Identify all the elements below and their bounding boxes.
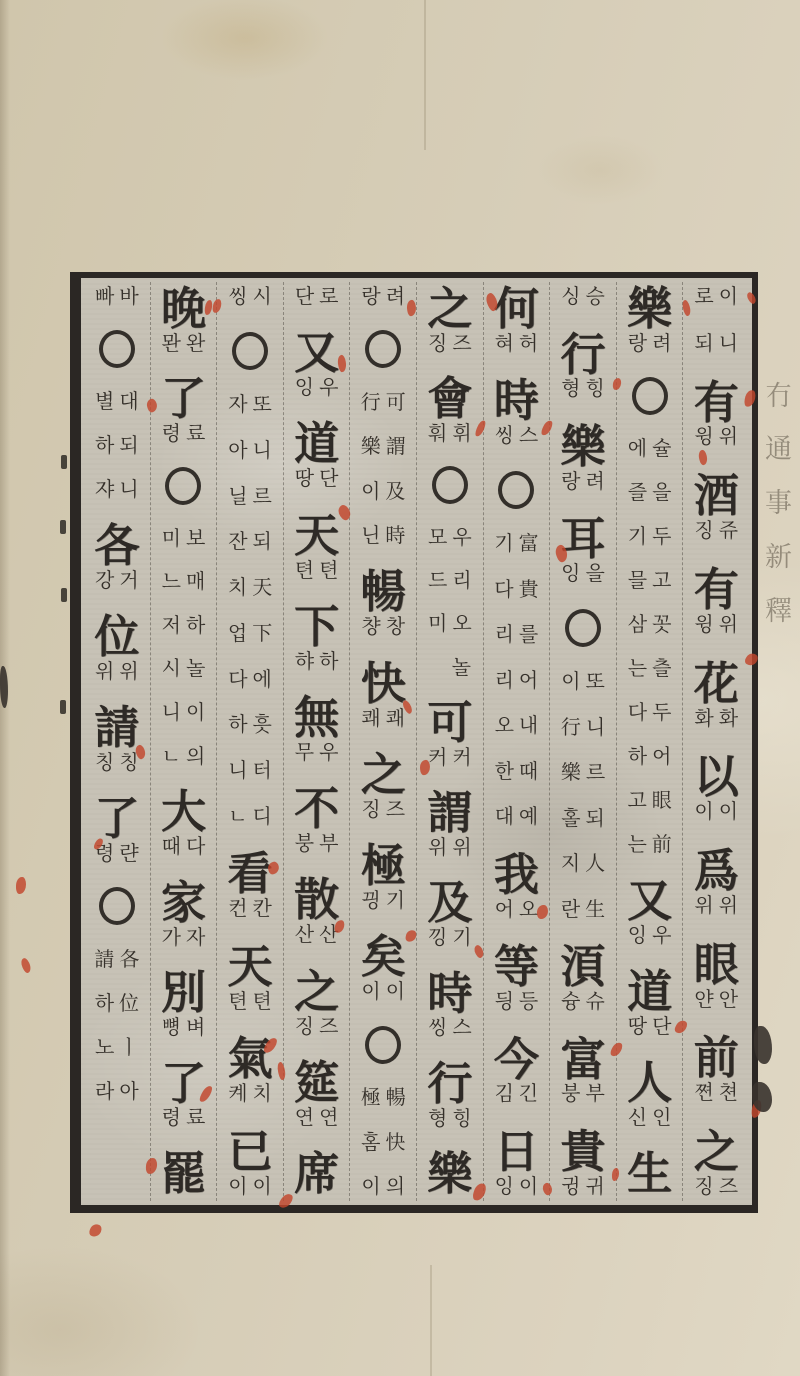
gloss-char: 는 (628, 658, 647, 679)
hanja-char: 了 (161, 1061, 206, 1107)
hanja-char: 快 (361, 661, 406, 707)
hanja-unit: 謂위위 (427, 790, 472, 858)
gloss-char: 되 (586, 808, 605, 829)
gloss-pair: 쟈니 (95, 479, 139, 500)
gloss-char: 료 (186, 1107, 205, 1128)
gloss-char: 삼 (628, 614, 647, 635)
gloss-char: 위 (95, 661, 114, 682)
frame-tick (61, 455, 67, 469)
hanja-unit: 之징즈 (694, 1129, 739, 1197)
gloss-pair: 별대 (95, 391, 139, 412)
hanja-unit: 散산산 (294, 877, 339, 945)
hanja-char: 大 (161, 789, 206, 835)
hanja-unit: 以이이 (694, 754, 739, 822)
hanja-unit: 生 (627, 1151, 672, 1197)
gloss-pair: 텬텬 (295, 560, 339, 581)
gloss-char: 로 (694, 286, 713, 307)
gloss-char: 하 (186, 615, 205, 636)
gloss-pair: 징즈 (361, 799, 405, 820)
gloss-char: 기 (386, 890, 405, 911)
gloss-char: 징 (361, 799, 380, 820)
gloss-pair: 자또 (228, 394, 272, 415)
gloss-pair: 랑려 (628, 333, 672, 354)
gloss-char: 령 (95, 843, 114, 864)
gloss-char: 이 (561, 671, 580, 692)
gloss-char: 樂 (361, 436, 381, 457)
text-column: 단로又잉우道땅단天텬텬下햐하無무우不붕부散산산之징즈筵연연席 (283, 282, 350, 1201)
gloss-char: 우 (652, 925, 671, 946)
hanja-char: 會 (427, 376, 472, 422)
hanja-char: 晚 (161, 286, 206, 332)
hanja-unit: 矣이이 (361, 934, 406, 1002)
gloss-pair: 쾌쾌 (361, 708, 405, 729)
gloss-pair: 징즈 (428, 333, 472, 354)
gloss-pair: 行可 (361, 392, 406, 413)
hanja-unit: 不붕부 (294, 786, 339, 854)
gloss-char: 고 (652, 570, 671, 591)
hanja-unit: 之징즈 (294, 969, 339, 1037)
gloss-pair: 형힝 (561, 378, 605, 399)
hanja-unit: 時씽스 (427, 971, 472, 1039)
gloss-pair: 이또 (561, 671, 605, 692)
gloss-char: 단 (295, 286, 314, 307)
hanja-char: 富 (561, 1037, 606, 1083)
red-reading-mark (88, 1222, 103, 1238)
gloss-char: 기 (452, 927, 471, 948)
gloss-pair: ㄴ디 (228, 806, 272, 827)
gloss-char: 즈 (386, 799, 405, 820)
gloss-char: 단 (652, 1016, 671, 1037)
hanja-unit: 已이이 (228, 1129, 273, 1197)
hanja-unit: 極끵기 (361, 843, 406, 911)
gloss-char: 暢 (386, 1087, 406, 1108)
gloss-char: 이 (386, 981, 405, 1002)
gloss-pair: 리를 (495, 624, 539, 645)
gloss-pair: 樂르 (561, 762, 605, 783)
gloss-char: 아 (119, 1081, 138, 1102)
gloss-char: 가 (162, 927, 181, 948)
hanja-char: 天 (228, 944, 273, 990)
gloss-char: 터 (253, 760, 272, 781)
hanja-unit: 爲위위 (694, 848, 739, 916)
hanja-unit: 罷 (161, 1151, 206, 1197)
gloss-char: 고 (627, 790, 646, 811)
gloss-char: 어 (652, 746, 671, 767)
hanja-unit: 及낑기 (427, 880, 472, 948)
gloss-char: 오 (452, 613, 471, 634)
gloss-char: 칭 (119, 752, 138, 773)
gloss-char: 쪈 (694, 1082, 713, 1103)
gloss-char: 귀 (586, 1176, 605, 1197)
gloss-char: 위 (452, 837, 471, 858)
gloss-pair: 혀허 (495, 333, 539, 354)
gloss-char: 各 (119, 949, 139, 970)
hanja-unit: 酒징쥬 (694, 473, 739, 541)
hanja-unit: 眼얀안 (694, 942, 739, 1010)
gloss-pair: 란生 (561, 899, 605, 920)
hanja-unit: 時씽스 (494, 378, 539, 446)
hanja-unit: 了령료 (161, 376, 206, 444)
gloss-char: 잉 (561, 563, 580, 584)
hanja-char: 矣 (361, 934, 406, 980)
gloss-pair: 모우 (428, 527, 472, 548)
gloss-char: 어 (519, 670, 538, 691)
gloss-char: 이 (253, 1176, 272, 1197)
gloss-char: 노 (95, 1037, 114, 1058)
gloss-char: 령 (162, 1107, 181, 1128)
gloss-char: 허 (519, 333, 538, 354)
gloss-char: 꼿 (652, 614, 671, 635)
gloss-char: 위 (694, 895, 713, 916)
gloss-char: 잉 (495, 1176, 514, 1197)
gloss-char: 저 (162, 615, 181, 636)
gloss-char: 징 (295, 1016, 314, 1037)
hanja-char: 樂 (427, 1151, 472, 1197)
gloss-char: 붕 (295, 833, 314, 854)
gloss-pair: 햐하 (295, 651, 339, 672)
hanja-char: 了 (94, 796, 139, 842)
gloss-pair: 홈快 (361, 1132, 405, 1153)
gloss-char: 한 (495, 761, 514, 782)
hanja-char: 耳 (561, 516, 606, 562)
gloss-char: 可 (386, 392, 406, 413)
hanja-unit: 暢챵창 (361, 569, 406, 637)
gloss-char: 창 (386, 616, 405, 637)
print-frame: 로이되니有윙위酒징쥬有윙위花화화以이이爲위위眼얀안前쪈쳔之징즈樂랑려에슐즐을기두… (70, 272, 758, 1213)
gloss-char: 부 (586, 1083, 605, 1104)
gloss-pair: 슝슈 (561, 991, 605, 1012)
gloss-pair: 하흣 (228, 714, 272, 735)
gloss-char: 또 (586, 671, 605, 692)
gloss-char: 니 (162, 702, 181, 723)
gloss-char: 챵 (361, 616, 380, 637)
hanja-unit: 無무우 (294, 695, 339, 763)
gloss-char: 느 (162, 571, 181, 592)
gloss-char: 텬 (319, 560, 338, 581)
gloss-char: 에 (253, 669, 272, 690)
hanja-char: 樂 (627, 286, 672, 332)
gloss-char: 붕 (561, 1083, 580, 1104)
hanja-unit: 道땅단 (627, 969, 672, 1037)
gloss-pair: 기富 (494, 533, 538, 554)
hanja-unit: 樂랑려 (627, 286, 672, 354)
gloss-pair: 되니 (694, 333, 738, 354)
gloss-char: 貴 (519, 579, 539, 600)
hanja-unit: 耳잉을 (561, 516, 606, 584)
gloss-char: 우 (452, 527, 471, 548)
gloss-pair: 위위 (95, 661, 139, 682)
hanja-char: 席 (294, 1151, 339, 1197)
hanja-char: 行 (427, 1061, 472, 1107)
gloss-char: 이 (519, 1176, 538, 1197)
gloss-char: 벼 (186, 1017, 205, 1038)
gloss-char: 보 (186, 528, 205, 549)
gloss-pair: 싱승 (561, 286, 605, 307)
gloss-pair: 령료 (162, 423, 206, 444)
hanja-char: 等 (494, 944, 539, 990)
hanja-unit: 氣켸치 (228, 1036, 273, 1104)
gloss-char: 니 (119, 479, 138, 500)
hanja-char: 我 (494, 852, 539, 898)
hanja-unit: 天텬텬 (294, 513, 339, 581)
gloss-pair: 믈고 (628, 570, 672, 591)
gloss-char: 디 (253, 806, 272, 827)
hanja-unit: 了령료 (161, 1061, 206, 1129)
gloss-pair: 씽스 (495, 425, 539, 446)
gloss-char: 이 (361, 1176, 380, 1197)
gloss-char: 뼝 (162, 1017, 181, 1038)
gloss-pair: 놀 (429, 657, 471, 678)
gloss-char: 行 (561, 717, 581, 738)
gloss-pair: 징쥬 (694, 520, 738, 541)
gloss-char: 위 (428, 837, 447, 858)
gloss-pair: ㄴ의 (162, 746, 206, 767)
gloss-pair: 딍등 (495, 991, 539, 1012)
gloss-pair: 랑려 (561, 471, 605, 492)
gloss-char: 거 (119, 570, 138, 591)
gloss-char: 즈 (319, 1016, 338, 1037)
gloss-pair: 는前 (627, 834, 671, 855)
gloss-char: 랸 (119, 843, 138, 864)
gloss-char: 려 (586, 471, 605, 492)
gloss-pair: 형힝 (428, 1108, 472, 1129)
hanja-char: 位 (94, 614, 139, 660)
gloss-char: 르 (253, 486, 272, 507)
gloss-char: 령 (162, 423, 181, 444)
hanja-unit: 快쾌쾌 (361, 661, 406, 729)
hanja-char: 湏 (561, 944, 606, 990)
hanja-unit: 有윙위 (694, 567, 739, 635)
hanja-char: 暢 (361, 569, 406, 615)
gloss-pair: 極暢 (361, 1087, 406, 1108)
hanja-unit: 天텬텬 (228, 944, 273, 1012)
gloss-pair: 붕부 (295, 833, 339, 854)
red-reading-mark (16, 877, 26, 894)
gloss-char: 낑 (428, 927, 447, 948)
gloss-char: ㄴ (228, 806, 247, 827)
gloss-char: 닐 (228, 486, 247, 507)
hanja-unit: 晚뫈완 (161, 286, 206, 354)
hanja-unit: 日잉이 (494, 1129, 539, 1197)
hanja-char: 時 (427, 971, 472, 1017)
gloss-char: 산 (319, 924, 338, 945)
gloss-pair: 치天 (228, 577, 272, 598)
gloss-char: 의 (386, 1176, 405, 1197)
gloss-char: 위 (719, 895, 738, 916)
hanja-char: 無 (294, 695, 339, 741)
hanja-char: 天 (294, 513, 339, 559)
hanja-char: 之 (694, 1129, 739, 1175)
gloss-char: 오 (495, 715, 514, 736)
circle-separator (99, 330, 135, 368)
gloss-char: 딍 (495, 991, 514, 1012)
page-scan: 冇通事新釋 로이되니有윙위酒징쥬有윙위花화화以이이爲위위眼얀안前쪈쳔之징즈樂랑려… (0, 0, 800, 1376)
margin-title-char: 釋 (765, 598, 792, 625)
hanja-char: 行 (561, 332, 606, 378)
gloss-pair: 때다 (162, 836, 206, 857)
gloss-pair: 산산 (295, 924, 339, 945)
gloss-pair: 이이 (228, 1176, 272, 1197)
gloss-char: 니 (228, 760, 247, 781)
hanja-char: 不 (294, 786, 339, 832)
margin-title-char: 冇 (765, 383, 792, 410)
gloss-char: 니 (253, 440, 272, 461)
gloss-pair: 위위 (428, 837, 472, 858)
hanja-char: 何 (494, 286, 539, 332)
gloss-char: 잉 (628, 925, 647, 946)
hanja-char: 之 (294, 969, 339, 1015)
hanja-char: 筵 (294, 1060, 339, 1106)
gloss-char: 징 (694, 520, 713, 541)
hanja-unit: 又잉우 (294, 330, 339, 398)
circle-separator (365, 1026, 401, 1064)
gloss-char: 안 (719, 989, 738, 1010)
gloss-pair: 잉우 (295, 377, 339, 398)
crease-line (424, 0, 426, 150)
gloss-pair: 니이 (162, 702, 206, 723)
gloss-char: 되 (694, 333, 713, 354)
gloss-pair: 신인 (628, 1107, 672, 1128)
hanja-char: 可 (427, 700, 472, 746)
hanja-char: 又 (294, 330, 339, 376)
gloss-char: 樂 (561, 762, 581, 783)
gloss-char: 時 (385, 525, 405, 546)
hanja-unit: 各강거 (94, 523, 139, 591)
hanja-unit: 樂 (427, 1151, 472, 1197)
hanja-unit: 了령랸 (94, 796, 139, 864)
gloss-pair: 라아 (95, 1081, 139, 1102)
gloss-pair: 빠바 (95, 286, 139, 307)
gloss-char: 끵 (361, 890, 380, 911)
hanja-char: 下 (294, 604, 339, 650)
gloss-char: 이 (228, 1176, 247, 1197)
gloss-char: 징 (694, 1176, 713, 1197)
gloss-pair: 화화 (694, 708, 738, 729)
gloss-char: 니 (719, 333, 738, 354)
gloss-pair: 로이 (694, 286, 738, 307)
margin-title-char: 新 (765, 544, 792, 571)
gloss-pair: 텬텬 (228, 991, 272, 1012)
gloss-char: 을 (652, 482, 671, 503)
gloss-pair: 니터 (228, 760, 272, 781)
gloss-pair: 연연 (295, 1107, 339, 1128)
hanja-char: 爲 (694, 848, 739, 894)
gloss-char: 쾌 (361, 708, 380, 729)
gloss-char: 형 (561, 378, 580, 399)
gloss-char: 씽 (428, 1017, 447, 1038)
gloss-pair: 징즈 (295, 1016, 339, 1037)
circle-separator (232, 332, 268, 370)
gloss-char: 랑 (361, 286, 380, 307)
gloss-char: 화 (694, 708, 713, 729)
gloss-char: 하 (228, 714, 247, 735)
gloss-pair: 고眼 (627, 790, 671, 811)
gloss-char: 려 (652, 333, 671, 354)
gloss-char: 아 (228, 440, 247, 461)
gloss-char: 흣 (253, 714, 272, 735)
gloss-pair: 이의 (361, 1176, 405, 1197)
gloss-char: 스 (452, 1017, 471, 1038)
gloss-pair: 노ㅣ (95, 1037, 139, 1058)
hanja-unit: 大때다 (161, 789, 206, 857)
circle-separator (99, 887, 135, 925)
gloss-pair: 씽스 (428, 1017, 472, 1038)
margin-title-char: 通 (765, 436, 792, 463)
gloss-char: 텬 (295, 560, 314, 581)
gloss-char: ㄴ (162, 746, 181, 767)
gloss-char: 닌 (361, 525, 380, 546)
gloss-pair: 닐르 (228, 486, 272, 507)
gloss-pair: 드리 (428, 570, 472, 591)
gloss-pair: 뼝벼 (162, 1017, 206, 1038)
gloss-char: 연 (295, 1107, 314, 1128)
hanja-char: 之 (427, 286, 472, 332)
hanja-unit: 家가자 (161, 880, 206, 948)
text-column: 씽시자또아니닐르잔되치天업下다에하흣니터ㄴ디看컨칸天텬텬氣켸치已이이 (216, 282, 283, 1201)
gloss-pair: 커커 (428, 747, 472, 768)
gloss-char: 훠 (428, 423, 447, 444)
gloss-pair: 홀되 (561, 808, 605, 829)
gloss-pair: 行니 (561, 717, 605, 738)
gloss-pair: 다貴 (494, 579, 538, 600)
gloss-char: 잉 (295, 377, 314, 398)
gloss-pair: 지人 (561, 853, 605, 874)
text-column: 빠바별대하되쟈니各강거位위위請칭칭了령랸請各하位노ㅣ라아 (84, 282, 150, 1201)
gloss-char: 眼 (652, 790, 672, 811)
gloss-char: 인 (652, 1107, 671, 1128)
gloss-char: 업 (228, 623, 247, 644)
gloss-pair: 에슐 (628, 438, 672, 459)
gloss-char: 놀 (452, 657, 471, 678)
hanja-char: 前 (694, 1035, 739, 1081)
gloss-pair: 가자 (162, 927, 206, 948)
gloss-pair: 시놀 (162, 658, 206, 679)
hanja-char: 道 (627, 969, 672, 1015)
gloss-char: 켸 (228, 1083, 247, 1104)
hanja-unit: 之징즈 (361, 752, 406, 820)
gloss-char: 하 (319, 651, 338, 672)
hanja-char: 眼 (694, 942, 739, 988)
hanja-char: 貴 (561, 1129, 606, 1175)
gloss-char: 힝 (452, 1108, 471, 1129)
gloss-char: 치 (228, 577, 247, 598)
gloss-char: 슈 (586, 991, 605, 1012)
hanja-unit: 看컨칸 (228, 851, 273, 919)
circle-separator (632, 377, 668, 415)
gloss-char: 홀 (561, 808, 580, 829)
gloss-pair: 잔되 (228, 531, 272, 552)
hanja-char: 又 (627, 878, 672, 924)
gloss-char: 휘 (452, 423, 471, 444)
gloss-char: 슝 (561, 991, 580, 1012)
gloss-char: 生 (585, 899, 605, 920)
gloss-char: 우 (319, 377, 338, 398)
hanja-unit: 筵연연 (294, 1060, 339, 1128)
gloss-char: 커 (428, 747, 447, 768)
gloss-char: 를 (519, 624, 538, 645)
circle-separator (565, 609, 601, 647)
gloss-char: 스 (519, 425, 538, 446)
hanja-char: 人 (627, 1060, 672, 1106)
frame-tick (60, 700, 66, 714)
text-column: 晚뫈완了령료미보느매저하시놀니이ㄴ의大때다家가자別뼝벼了령료罷 (150, 282, 217, 1201)
gloss-char: 자 (186, 927, 205, 948)
gloss-char: 홈 (361, 1132, 380, 1153)
gloss-char: 시 (162, 658, 181, 679)
gloss-char: 하 (95, 993, 114, 1014)
gloss-char: 또 (253, 394, 272, 415)
gloss-char: 텬 (253, 991, 272, 1012)
